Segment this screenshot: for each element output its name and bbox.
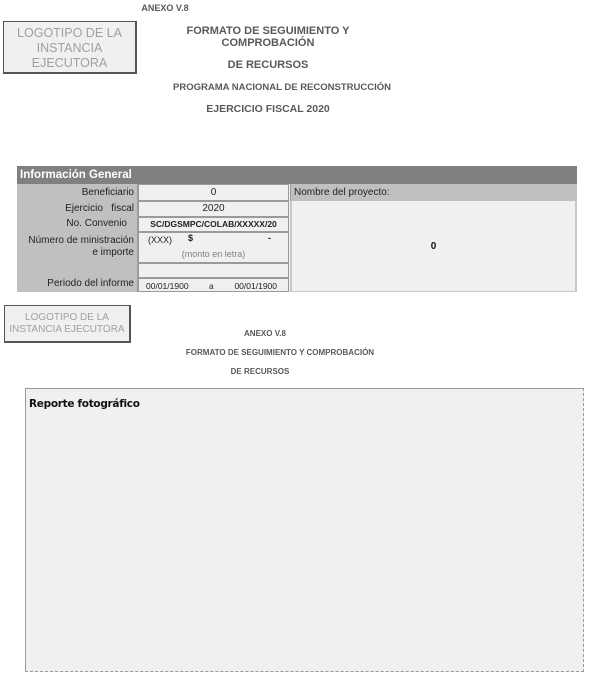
periodo-separator: a xyxy=(209,280,214,292)
no-convenio-value: SC/DGSMPC/COLAB/XXXXX/20 xyxy=(150,219,277,229)
logo-placeholder-page2: LOGOTIPO DE LA INSTANCIA EJECUTORA xyxy=(4,305,131,343)
currency-symbol: $ xyxy=(188,233,193,243)
document-subtitle-page2: DE RECURSOS xyxy=(200,367,320,376)
project-name-value: 0 xyxy=(431,241,437,252)
logo-placeholder-text: LOGOTIPO DE LA INSTANCIA EJECUTORA xyxy=(4,26,135,71)
logo-placeholder-text-page2: LOGOTIPO DE LA INSTANCIA EJECUTORA xyxy=(5,312,129,336)
beneficiario-field[interactable]: 0 xyxy=(137,184,289,201)
section-header-info-general: Información General xyxy=(17,166,577,184)
ejercicio-fiscal-value: 2020 xyxy=(202,203,224,214)
periodo-field[interactable]: 00/01/1900 a 00/01/1900 xyxy=(137,278,289,292)
no-convenio-field[interactable]: SC/DGSMPC/COLAB/XXXXX/20 xyxy=(137,217,289,232)
label-beneficiario: Beneficiario xyxy=(82,187,134,199)
document-title-resources: DE RECURSOS xyxy=(168,59,368,71)
blank-field xyxy=(137,263,289,278)
beneficiario-value: 0 xyxy=(211,187,217,198)
amount-in-words: (monto en letra) xyxy=(139,249,288,259)
logo-placeholder: LOGOTIPO DE LA INSTANCIA EJECUTORA xyxy=(3,21,137,74)
ministracion-amount: - xyxy=(268,233,271,243)
field-labels-column: Beneficiario Ejercicio fiscal No. Conven… xyxy=(17,184,137,292)
periodo-from: 00/01/1900 xyxy=(146,280,189,292)
ministracion-number: (XXX) xyxy=(148,235,172,245)
label-no-convenio: No. Convenio xyxy=(66,218,127,230)
field-values-column: 0 2020 SC/DGSMPC/COLAB/XXXXX/20 (XXX) $ … xyxy=(137,184,290,292)
ministracion-field[interactable]: (XXX) $ - (monto en letra) xyxy=(137,232,289,263)
project-name-field[interactable]: 0 xyxy=(290,201,577,292)
label-periodo: Periodo del informe xyxy=(47,278,134,290)
periodo-to: 00/01/1900 xyxy=(234,280,277,292)
fiscal-year-heading: EJERCICIO FISCAL 2020 xyxy=(168,103,368,115)
label-ministracion: Número de ministración xyxy=(28,235,134,247)
document-title: FORMATO DE SEGUIMIENTO Y COMPROBACIÓN xyxy=(168,25,368,49)
photo-report-area[interactable]: Reporte fotográfico xyxy=(25,388,584,672)
document-title-page2: FORMATO DE SEGUIMIENTO Y COMPROBACIÓN xyxy=(130,348,430,357)
photo-report-title: Reporte fotográfico xyxy=(29,398,140,410)
program-name: PROGRAMA NACIONAL DE RECONSTRUCCIÓN xyxy=(132,82,432,93)
label-importe: e importe xyxy=(92,247,134,259)
annex-label-page2: ANEXO V.8 xyxy=(220,329,310,338)
annex-label: ANEXO V.8 xyxy=(120,3,210,13)
project-name-label: Nombre del proyecto: xyxy=(290,184,577,201)
ejercicio-fiscal-field[interactable]: 2020 xyxy=(137,201,289,217)
label-ejercicio-fiscal: Ejercicio fiscal xyxy=(65,203,134,215)
